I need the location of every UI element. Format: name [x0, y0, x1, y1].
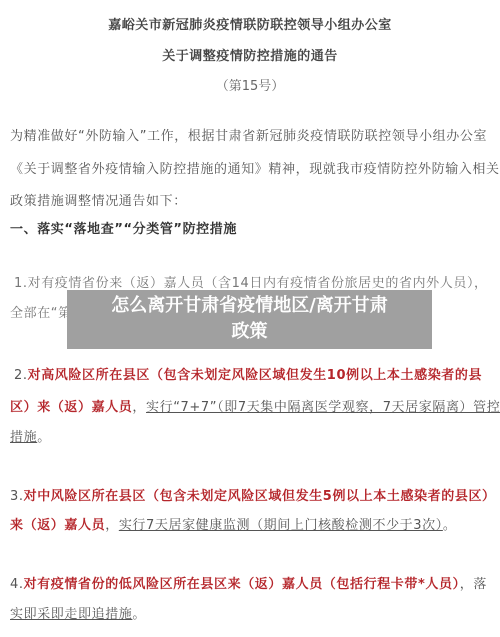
overlay-title-line-2: 政策 — [67, 319, 432, 345]
issuer-heading: 嘉峪关市新冠肺炎疫情联防联控领导小组办公室 — [0, 14, 500, 33]
item-2-line-2: 区）来（返）嘉人员，实行“7+7”（即7天集中隔离医学观察，7天居家隔离）管控 — [10, 396, 495, 415]
item-2-measure-cont: 措施 — [10, 430, 37, 445]
item-3-end: 。 — [443, 518, 457, 533]
item-3-number: 3. — [10, 489, 24, 504]
notice-number: （第15号） — [0, 75, 500, 94]
item-4-line-2: 实即采即走即追措施。 — [10, 603, 495, 622]
item-3-measure: 实行7天居家健康监测（期间上门核酸检测不少于3次） — [119, 518, 443, 533]
notice-title: 关于调整疫情防控措施的通告 — [0, 45, 500, 64]
intro-line-2: 《关于调整省外疫情输入防控措施的通知》精神，现就我市疫情防控外防输入相关 — [10, 158, 495, 177]
item-3-red-text: 对中风险区所在县区（包含未划定风险区域但发生5例以上本土感染者的县区） — [24, 489, 496, 504]
intro-line-1: 为精准做好“外防输入”工作，根据甘肃省新冠肺炎疫情联防联控领导小组办公室 — [10, 125, 495, 144]
item-2-line-3: 措施。 — [10, 426, 495, 445]
item-2-line-1: 2.对高风险区所在县区（包含未划定风险区域但发生10例以上本土感染者的县 — [14, 364, 499, 383]
item-1-line-1: 1.对有疫情省份来（返）嘉人员（含14日内有疫情省份旅居史的省内外人员）， — [14, 272, 499, 291]
item-2-sep: ， — [132, 400, 146, 415]
item-4-number: 4. — [10, 577, 24, 592]
item-4-line-1: 4.对有疫情省份的低风险区所在县区来（返）嘉人员（包括行程卡带*人员），落 — [10, 573, 495, 592]
item-2-red-text: 对高风险区所在县区（包含未划定风险区域但发生10例以上本土感染者的县 — [28, 368, 483, 383]
item-2-red-text-cont: 区）来（返）嘉人员 — [10, 400, 132, 415]
item-4-end: 。 — [132, 607, 146, 622]
item-4-sep: ，落 — [460, 577, 487, 592]
article-title-overlay: 怎么离开甘肃省疫情地区/离开甘肃 政策 — [67, 290, 432, 349]
item-2-measure: 实行“7+7”（即7天集中隔离医学观察，7天居家隔离）管控 — [146, 400, 500, 415]
intro-line-3: 政策措施调整情况通告如下： — [10, 190, 495, 209]
item-4-measure: 实即采即走即追措施 — [10, 607, 132, 622]
item-2-number: 2. — [14, 368, 28, 383]
item-3-red-text-cont: 来（返）嘉人员 — [10, 518, 105, 533]
item-4-red-text: 对有疫情省份的低风险区所在县区来（返）嘉人员（包括行程卡带*人员） — [24, 577, 460, 592]
item-3-line-1: 3.对中风险区所在县区（包含未划定风险区域但发生5例以上本土感染者的县区） — [10, 485, 495, 504]
overlay-title-line-1: 怎么离开甘肃省疫情地区/离开甘肃 — [67, 293, 432, 319]
item-3-line-2: 来（返）嘉人员，实行7天居家健康监测（期间上门核酸检测不少于3次）。 — [10, 514, 495, 533]
item-3-sep: ， — [105, 518, 119, 533]
item-2-end: 。 — [37, 430, 51, 445]
section-1-heading: 一、落实“落地查”“分类管”防控措施 — [10, 218, 495, 237]
